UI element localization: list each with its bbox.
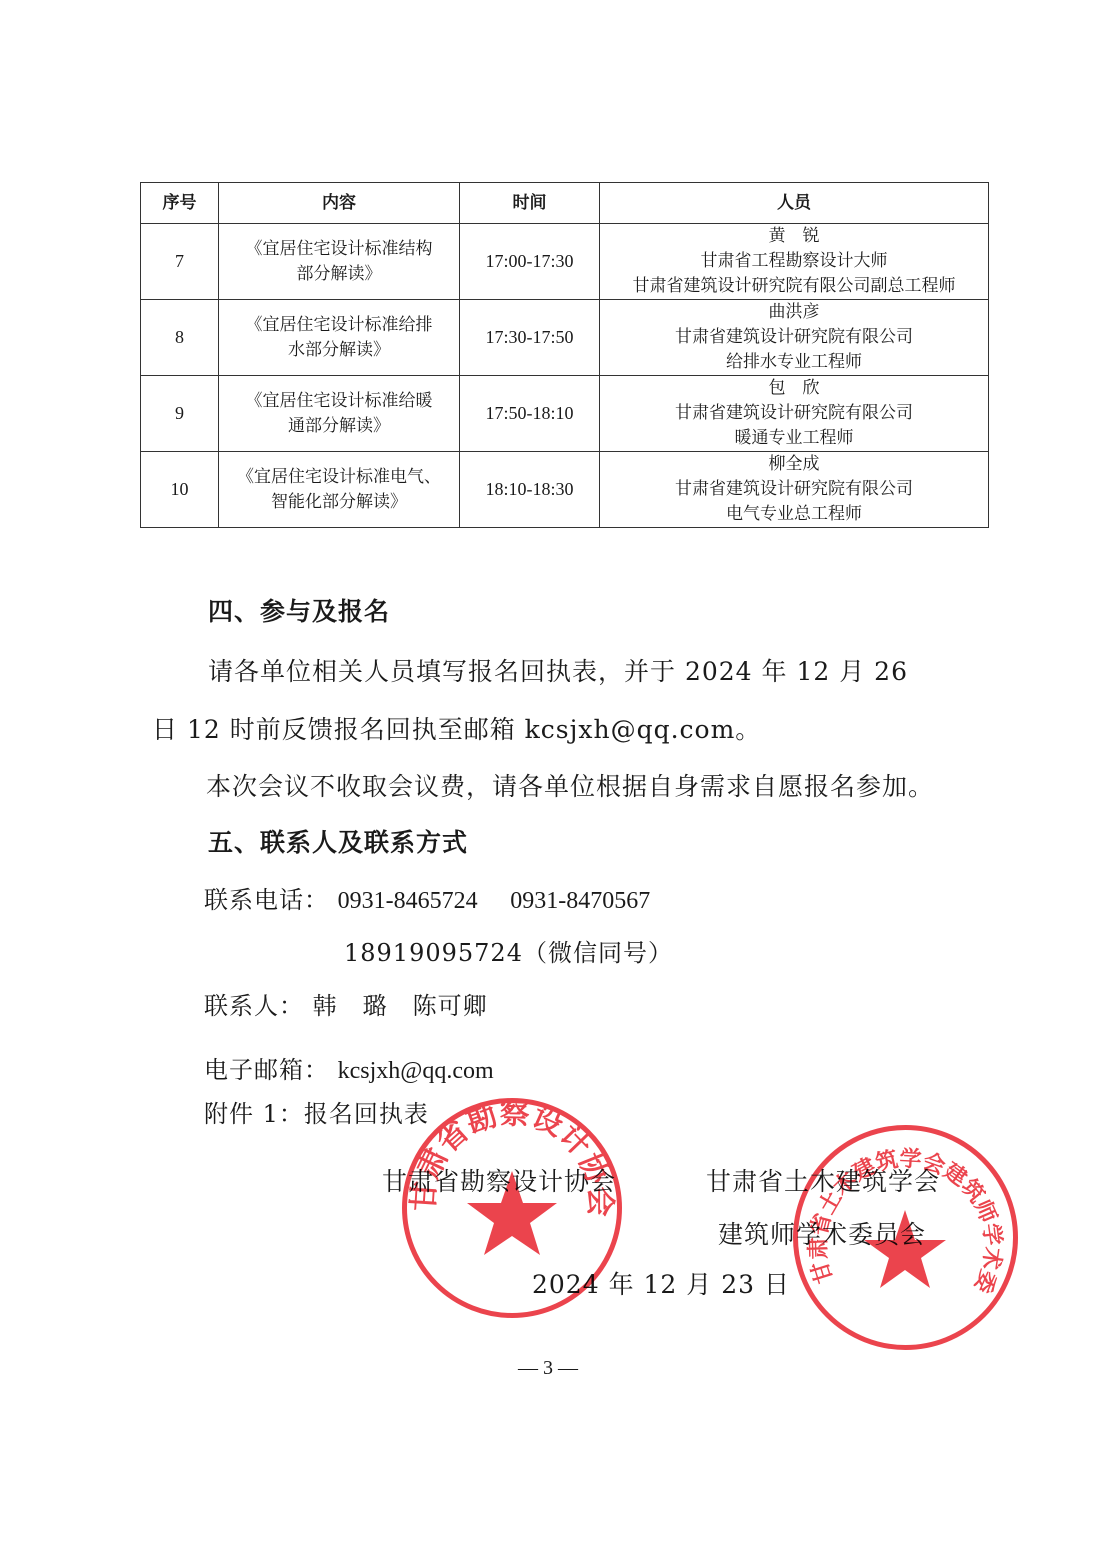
person-title: 暖通专业工程师 bbox=[600, 426, 988, 451]
table-row: 10 《宜居住宅设计标准电气、 智能化部分解读》 18:10-18:30 柳全成… bbox=[141, 452, 989, 528]
content-line: 《宜居住宅设计标准结构 bbox=[219, 237, 459, 262]
person-name: 黄 锐 bbox=[600, 224, 988, 249]
phone-label: 联系电话： bbox=[204, 886, 329, 914]
header-content: 内容 bbox=[219, 183, 460, 224]
row-people: 柳全成 甘肃省建筑设计研究院有限公司 电气专业总工程师 bbox=[600, 452, 989, 528]
content-line: 水部分解读》 bbox=[219, 338, 459, 363]
table-row: 9 《宜居住宅设计标准给暖 通部分解读》 17:50-18:10 包 欣 甘肃省… bbox=[141, 376, 989, 452]
row-content: 《宜居住宅设计标准电气、 智能化部分解读》 bbox=[219, 452, 460, 528]
attachment-line: 附件 1：报名回执表 bbox=[204, 1094, 429, 1129]
row-no: 10 bbox=[141, 452, 219, 528]
phone-2: 0931-8470567 bbox=[510, 888, 650, 914]
table-header-row: 序号 内容 时间 人员 bbox=[141, 183, 989, 224]
phone-1: 0931-8465724 bbox=[338, 888, 478, 914]
seal-survey-design-association: 甘肃省勘察设计协会 bbox=[402, 1098, 622, 1318]
header-people: 人员 bbox=[600, 183, 989, 224]
email-link[interactable]: kcsjxh@qq.com bbox=[338, 1058, 494, 1084]
header-time: 时间 bbox=[460, 183, 600, 224]
person-title: 甘肃省建筑设计研究院有限公司 bbox=[600, 477, 988, 502]
row-time: 17:50-18:10 bbox=[460, 376, 600, 452]
row-time: 18:10-18:30 bbox=[460, 452, 600, 528]
person-title: 甘肃省建筑设计研究院有限公司 bbox=[600, 401, 988, 426]
schedule-table: 序号 内容 时间 人员 7 《宜居住宅设计标准结构 部分解读》 17:00-17… bbox=[140, 182, 989, 528]
person-name: 曲洪彦 bbox=[600, 300, 988, 325]
red-star-icon: 甘肃省勘察设计协会 bbox=[407, 1103, 617, 1313]
content-line: 智能化部分解读》 bbox=[219, 490, 459, 515]
content-line: 部分解读》 bbox=[219, 262, 459, 287]
seal-architects-committee: 甘肃省土木建筑学会建筑师学术委员会 bbox=[793, 1125, 1018, 1350]
section-5-heading: 五、联系人及联系方式 bbox=[208, 823, 468, 859]
row-content: 《宜居住宅设计标准给排 水部分解读》 bbox=[219, 300, 460, 376]
section-4-heading: 四、参与及报名 bbox=[208, 592, 390, 628]
red-star-icon: 甘肃省土木建筑学会建筑师学术委员会 bbox=[798, 1130, 1013, 1345]
phone-line: 联系电话： 0931-8465724 0931-8470567 bbox=[204, 880, 650, 915]
contact-person-line: 联系人： 韩 璐 陈可卿 bbox=[204, 986, 488, 1021]
row-people: 包 欣 甘肃省建筑设计研究院有限公司 暖通专业工程师 bbox=[600, 376, 989, 452]
page-number: — 3 — bbox=[518, 1357, 578, 1380]
content-line: 《宜居住宅设计标准电气、 bbox=[219, 465, 459, 490]
row-no: 9 bbox=[141, 376, 219, 452]
contact-names: 韩 璐 陈可卿 bbox=[313, 992, 488, 1020]
content-line: 通部分解读》 bbox=[219, 414, 459, 439]
section-4-para1-line2: 日 12 时前反馈报名回执至邮箱 kcsjxh@qq.com。 bbox=[152, 710, 761, 746]
table-row: 7 《宜居住宅设计标准结构 部分解读》 17:00-17:30 黄 锐 甘肃省工… bbox=[141, 224, 989, 300]
row-no: 7 bbox=[141, 224, 219, 300]
content-line: 《宜居住宅设计标准给暖 bbox=[219, 389, 459, 414]
person-title: 电气专业总工程师 bbox=[600, 502, 988, 527]
row-no: 8 bbox=[141, 300, 219, 376]
contact-label: 联系人： bbox=[204, 992, 304, 1020]
section-4-para1-line1: 请各单位相关人员填写报名回执表，并于 2024 年 12 月 26 bbox=[208, 652, 908, 688]
person-title: 甘肃省工程勘察设计大师 bbox=[600, 249, 988, 274]
row-people: 黄 锐 甘肃省工程勘察设计大师 甘肃省建筑设计研究院有限公司副总工程师 bbox=[600, 224, 989, 300]
phone-3: 18919095724（微信同号） bbox=[344, 933, 673, 968]
person-title: 甘肃省建筑设计研究院有限公司 bbox=[600, 325, 988, 350]
header-no: 序号 bbox=[141, 183, 219, 224]
row-time: 17:30-17:50 bbox=[460, 300, 600, 376]
person-title: 甘肃省建筑设计研究院有限公司副总工程师 bbox=[600, 274, 988, 299]
section-4-para2: 本次会议不收取会议费，请各单位根据自身需求自愿报名参加。 bbox=[206, 767, 934, 803]
row-people: 曲洪彦 甘肃省建筑设计研究院有限公司 给排水专业工程师 bbox=[600, 300, 989, 376]
email-line: 电子邮箱： kcsjxh@qq.com bbox=[204, 1050, 494, 1085]
row-content: 《宜居住宅设计标准结构 部分解读》 bbox=[219, 224, 460, 300]
table-row: 8 《宜居住宅设计标准给排 水部分解读》 17:30-17:50 曲洪彦 甘肃省… bbox=[141, 300, 989, 376]
person-title: 给排水专业工程师 bbox=[600, 350, 988, 375]
content-line: 《宜居住宅设计标准给排 bbox=[219, 313, 459, 338]
row-content: 《宜居住宅设计标准给暖 通部分解读》 bbox=[219, 376, 460, 452]
email-label: 电子邮箱： bbox=[204, 1056, 329, 1084]
person-name: 包 欣 bbox=[600, 376, 988, 401]
person-name: 柳全成 bbox=[600, 452, 988, 477]
row-time: 17:00-17:30 bbox=[460, 224, 600, 300]
